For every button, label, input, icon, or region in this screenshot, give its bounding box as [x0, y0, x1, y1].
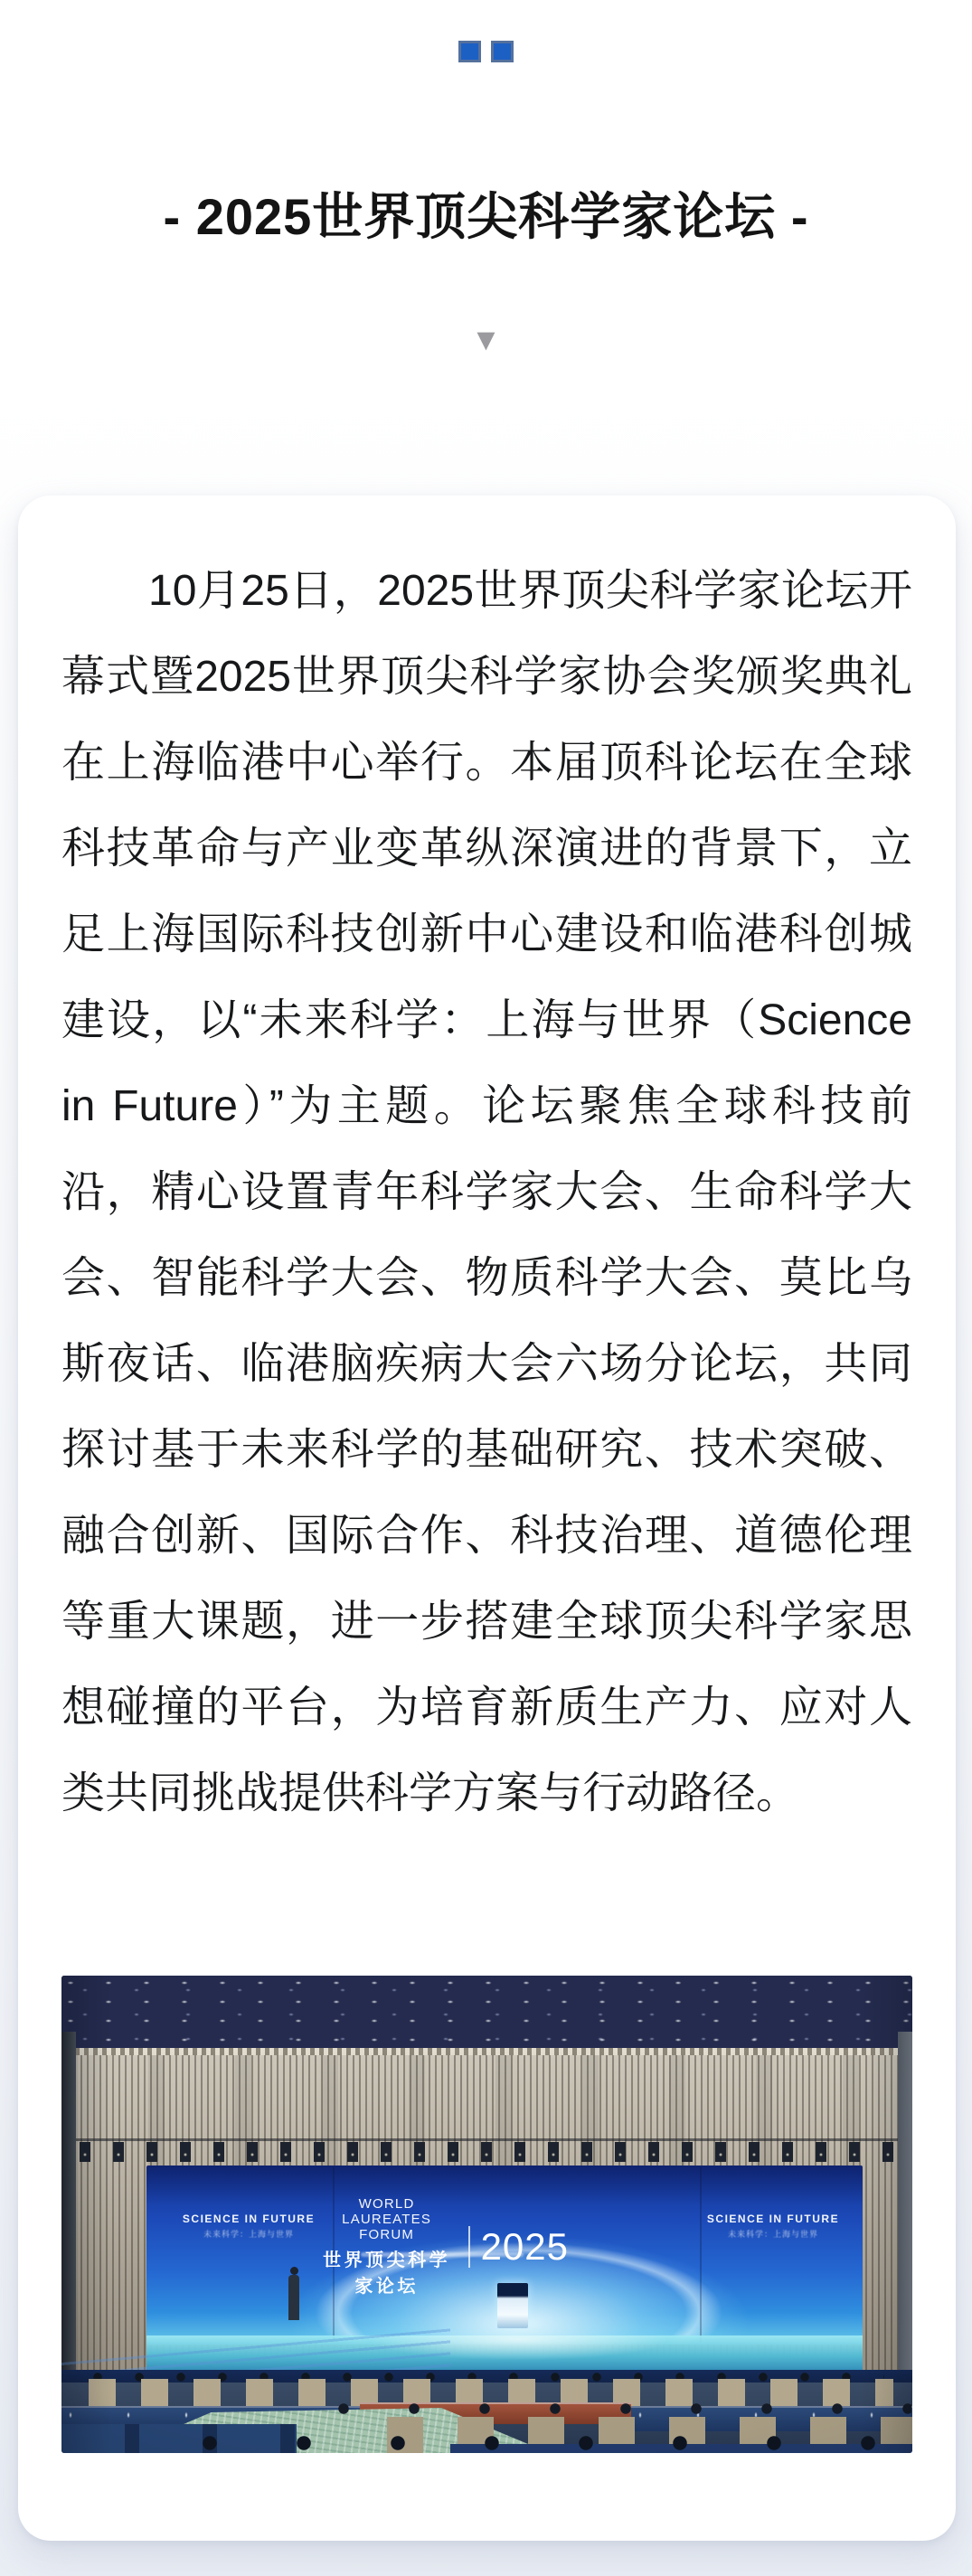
- photo-light-truss: [61, 2138, 912, 2141]
- decor-square-icon: [458, 41, 481, 62]
- photo-screen-seam: [700, 2167, 702, 2343]
- photo-ceiling: [61, 1976, 912, 2052]
- photo-left-pillar: [61, 2032, 76, 2393]
- photo-stage-lights: [80, 2142, 894, 2162]
- screen-right-panel: SCIENCE IN FUTURE 未来科学：上海与世界: [692, 2213, 854, 2240]
- photo-audience-heads: [197, 2433, 911, 2453]
- screen-subline-blur: [361, 2252, 524, 2257]
- photo-audience-heads: [333, 2401, 911, 2417]
- screen-left-subtitle: 未来科学：上海与世界: [167, 2228, 330, 2240]
- photo-speaker-body: [288, 2275, 299, 2320]
- chevron-down-icon: ▼: [0, 322, 972, 358]
- photo-right-pillar: [898, 2032, 912, 2393]
- screen-year: 2025: [481, 2225, 569, 2269]
- screen-left-panel: SCIENCE IN FUTURE 未来科学：上海与世界: [167, 2213, 330, 2240]
- photo-podium: [497, 2283, 528, 2328]
- decor-square-icon: [491, 41, 514, 62]
- screen-right-subtitle: 未来科学：上海与世界: [692, 2228, 854, 2240]
- screen-title-en: WORLD LAUREATES FORUM: [316, 2196, 458, 2242]
- content-card: 10月25日，2025世界顶尖科学家论坛开幕式暨2025世界顶尖科学家协会奖颁奖…: [18, 495, 956, 2541]
- forum-photo[interactable]: SCIENCE IN FUTURE 未来科学：上海与世界 WORLD LAURE…: [61, 1976, 912, 2453]
- screen-center-title: WORLD LAUREATES FORUM 世界顶尖科学家论坛 2025: [316, 2196, 569, 2298]
- article-page: - 2025世界顶尖科学家论坛 - ▼ 10月25日，2025世界顶尖科学家论坛…: [0, 0, 972, 2576]
- photo-speaker-head: [290, 2267, 298, 2275]
- photo-speaker: [286, 2267, 302, 2323]
- article-paragraph: 10月25日，2025世界顶尖科学家论坛开幕式暨2025世界顶尖科学家协会奖颁奖…: [61, 548, 912, 1836]
- screen-title-divider: [468, 2226, 469, 2268]
- screen-right-title: SCIENCE IN FUTURE: [692, 2213, 854, 2225]
- screen-left-title: SCIENCE IN FUTURE: [167, 2213, 330, 2225]
- decor-squares: [0, 41, 972, 62]
- page-title: - 2025世界顶尖科学家论坛 -: [0, 177, 972, 250]
